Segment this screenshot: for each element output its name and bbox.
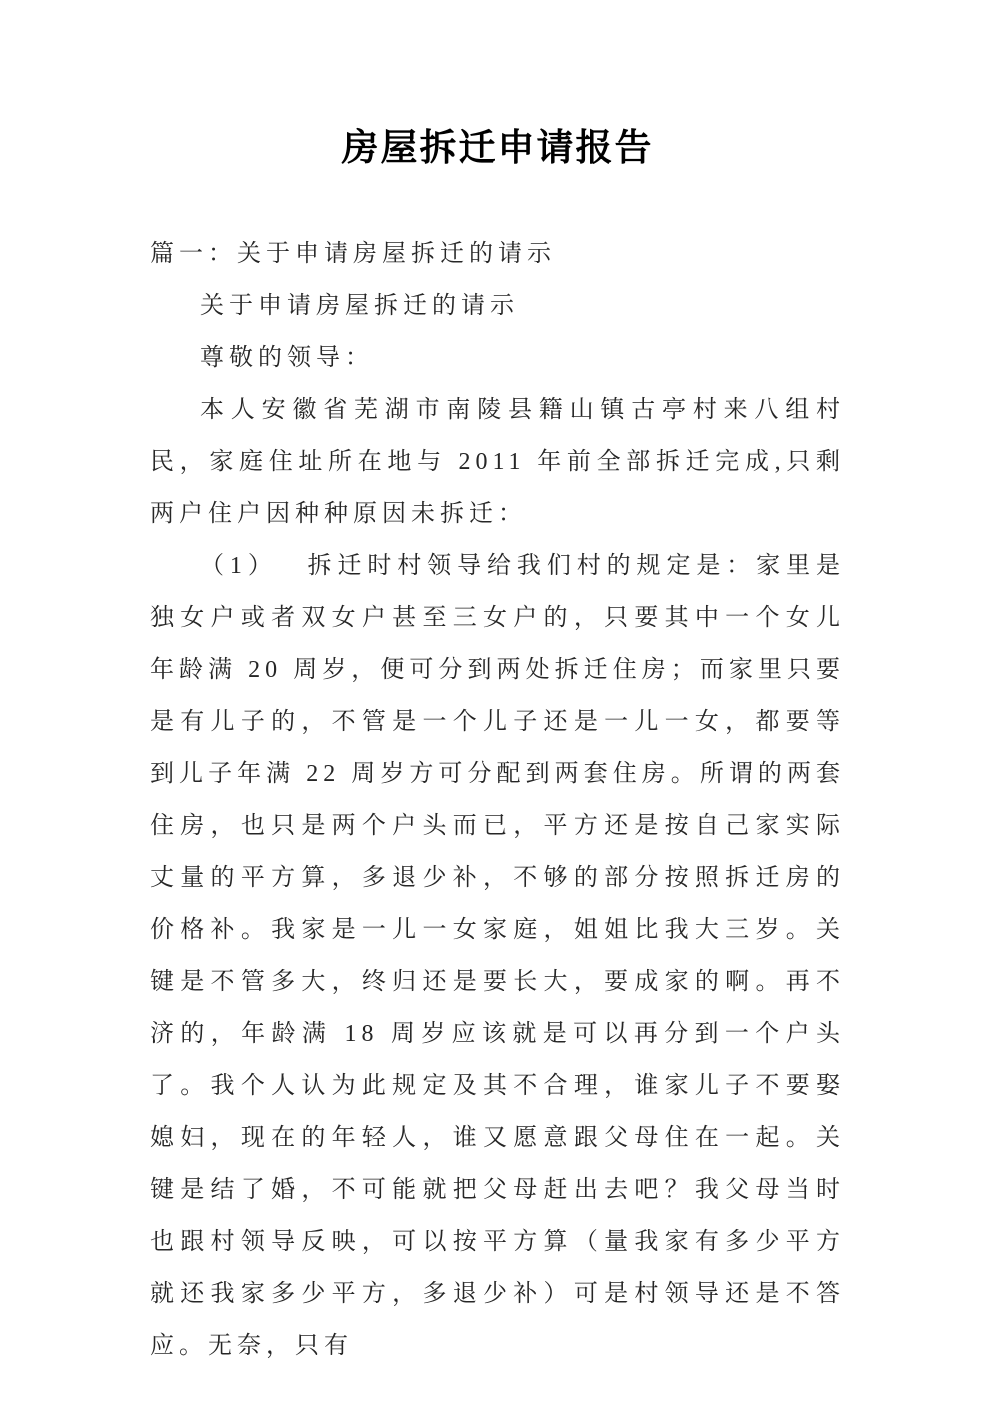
- paragraph-section-heading: 篇一：关于申请房屋拆迁的请示: [150, 228, 845, 280]
- paragraph-request-title: 关于申请房屋拆迁的请示: [150, 280, 845, 332]
- paragraph-salutation: 尊敬的领导：: [150, 332, 845, 384]
- document-page: 房屋拆迁申请报告 篇一：关于申请房屋拆迁的请示 关于申请房屋拆迁的请示 尊敬的领…: [0, 0, 993, 1404]
- document-title: 房屋拆迁申请报告: [150, 126, 845, 172]
- document-body: 篇一：关于申请房屋拆迁的请示 关于申请房屋拆迁的请示 尊敬的领导： 本人安徽省芜…: [150, 228, 845, 1372]
- paragraph-intro: 本人安徽省芜湖市南陵县籍山镇古亭村来八组村民，家庭住址所在地与 2011 年前全…: [150, 384, 845, 540]
- paragraph-item-1: （1） 拆迁时村领导给我们村的规定是：家里是独女户或者双女户甚至三女户的，只要其…: [150, 540, 845, 1372]
